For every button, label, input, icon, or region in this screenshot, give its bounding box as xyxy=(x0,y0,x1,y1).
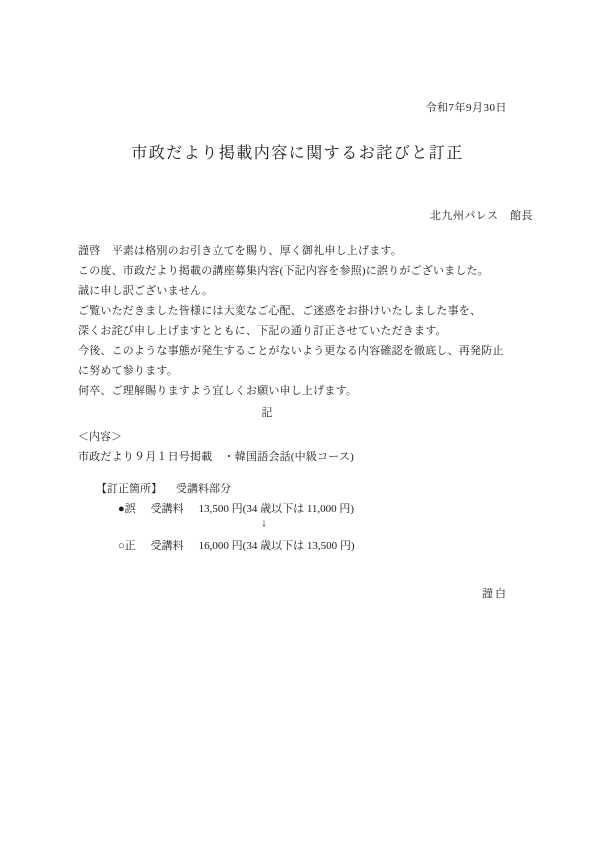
correction-header-label: 【訂正箇所】 xyxy=(96,483,162,495)
correction-header: 【訂正箇所】受講料部分 xyxy=(96,480,231,496)
document-title: 市政だより掲載内容に関するお詫びと訂正 xyxy=(0,140,595,163)
closing-salutation: 謹白 xyxy=(482,585,508,601)
ki-marker: 記 xyxy=(242,404,292,420)
body-line: 何卒、ご理解賜りますよう宜しくお願い申し上げます。 xyxy=(78,381,504,401)
down-arrow-icon: ↓ xyxy=(240,517,288,529)
correct-marker: ○正 xyxy=(118,540,136,552)
document-page: 令和7年9月30日 市政だより掲載内容に関するお詫びと訂正 北九州パレス 館長 … xyxy=(0,0,595,842)
body-line: 深くお詫び申し上げますとともに、下記の通り訂正させていただきます。 xyxy=(78,321,504,341)
correction-error-line: ●誤受講料13,500 円(34 歳以下は 11,000 円) xyxy=(118,500,354,516)
correct-field: 受講料 xyxy=(151,540,184,552)
body-line: 謹啓 平素は格別のお引き立てを賜り、厚く御礼申し上げます。 xyxy=(78,241,504,261)
body-line: この度、市政だより掲載の講座募集内容(下記内容を参照)に誤りがございました。 xyxy=(78,261,504,281)
body-line: ご覧いただきました皆様には大変なご心配、ご迷惑をお掛けいたしました事を、 xyxy=(78,301,504,321)
body-line: に努めて参ります。 xyxy=(78,361,504,381)
content-line: 市政だより９月１日号掲載 ・韓国語会話(中級コース) xyxy=(78,448,354,464)
document-date: 令和7年9月30日 xyxy=(426,99,508,115)
correction-correct-line: ○正受講料16,000 円(34 歳以下は 13,500 円) xyxy=(118,537,354,553)
correct-value: 16,000 円(34 歳以下は 13,500 円) xyxy=(199,540,355,552)
addressee: 北九州パレス 館長 xyxy=(430,207,533,223)
correction-header-target: 受講料部分 xyxy=(176,483,231,495)
error-marker: ●誤 xyxy=(118,503,136,515)
error-field: 受講料 xyxy=(151,503,184,515)
error-value: 13,500 円(34 歳以下は 11,000 円) xyxy=(199,503,354,515)
body-line: 誠に申し訳ございません。 xyxy=(78,281,504,301)
content-section-header: ＜内容＞ xyxy=(78,428,122,444)
body-paragraph: 謹啓 平素は格別のお引き立てを賜り、厚く御礼申し上げます。 この度、市政だより掲… xyxy=(78,241,504,401)
body-line: 今後、このような事態が発生することがないよう更なる内容確認を徹底し、再発防止 xyxy=(78,341,504,361)
